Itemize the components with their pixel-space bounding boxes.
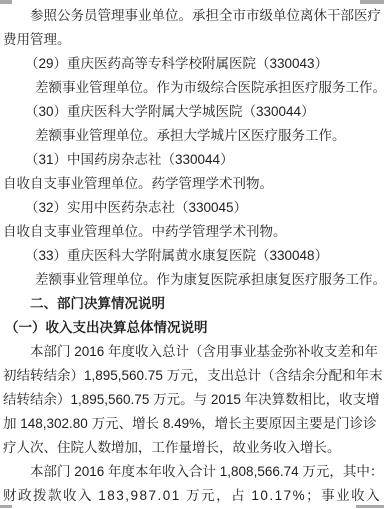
text-line: （29）重庆医药高等专科学校附属医院（330043）: [3, 52, 381, 76]
text-line: （30）重庆医科大学附属大学城医院（330044）: [3, 100, 381, 124]
text-line: 初结转结余）1,895,560.75 万元，支出总计（含结余分配和年末: [3, 364, 381, 388]
page-edge-mark-top-left: [0, 0, 12, 4]
page-edge-mark-top-right: [360, 0, 384, 4]
text-line: 加 148,302.80 万元、增长 8.49%，增长主要原因主要是门诊诊: [3, 412, 381, 436]
text-content: 参照公务员管理事业单位。承担全市市级单位离休干部医疗费用管理。（29）重庆医药高…: [0, 0, 384, 508]
text-line: （31）中国药房杂志社（330044）: [3, 148, 381, 172]
text-line: 本部门 2016 年度本年收入合计 1,808,566.74 万元，其中：: [3, 460, 381, 484]
text-line: 费用管理。: [3, 28, 381, 52]
heading-line: （一）收入支出决算总体情况说明: [3, 316, 381, 340]
text-line: 财政拨款收入 183,987.01 万元，占 10.17%；事业收入: [3, 484, 381, 508]
document-page: 参照公务员管理事业单位。承担全市市级单位离休干部医疗费用管理。（29）重庆医药高…: [0, 0, 384, 509]
text-line: 自收自支事业管理单位。药学管理学术刊物。: [3, 172, 381, 196]
text-line: 差额事业管理单位。承担大学城片区医疗服务工作。: [3, 124, 381, 148]
text-line: 本部门 2016 年度收入总计（含用事业基金弥补收支差和年: [3, 340, 381, 364]
heading-line: 二、部门决算情况说明: [3, 292, 381, 316]
text-line: 参照公务员管理事业单位。承担全市市级单位离休干部医疗: [3, 4, 381, 28]
text-line: 差额事业管理单位。作为康复医院承担康复医疗服务工作。: [3, 268, 381, 292]
page-edge-mark-bottom-right: [356, 505, 384, 508]
text-line: 差额事业管理单位。作为市级综合医院承担医疗服务工作。: [3, 76, 381, 100]
text-line: （33）重庆医科大学附属黄水康复医院（330048）: [3, 244, 381, 268]
text-line: 结转结余）1,895,560.75 万元。与 2015 年决算数相比，收支增: [3, 388, 381, 412]
text-line: 自收自支事业管理单位。中药学管理学术刊物。: [3, 220, 381, 244]
text-line: 疗人次、住院人数增加，工作量增长，故业务收入增长。: [3, 436, 381, 460]
page-edge-mark-bottom-left: [0, 505, 12, 508]
text-line: （32）实用中医药杂志社（330045）: [3, 196, 381, 220]
